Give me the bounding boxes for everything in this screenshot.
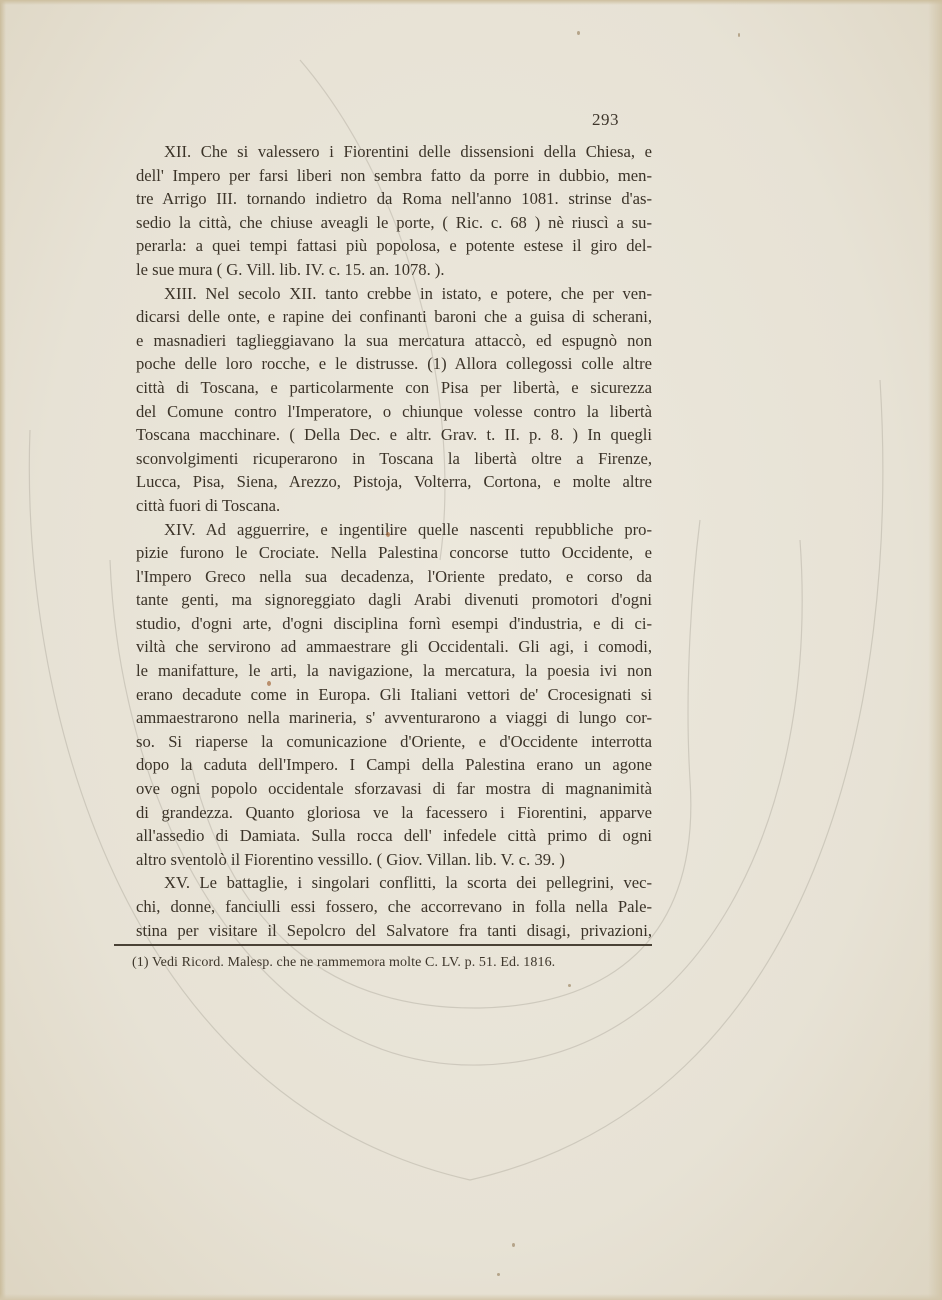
text-line: erano decadute come in Europa. Gli Itali… xyxy=(108,683,652,707)
text-line: l'Impero Greco nella sua decadenza, l'Or… xyxy=(108,565,652,589)
paragraph-xii: XII. Che si valessero i Fiorentini delle… xyxy=(108,140,652,282)
paper-speck xyxy=(512,1243,515,1247)
text-line: dell' Impero per farsi liberi non sembra… xyxy=(108,164,652,188)
text-line: pizie furono le Crociate. Nella Palestin… xyxy=(108,541,652,565)
text-line: città di Toscana, e particolarmente con … xyxy=(108,376,652,400)
text-line: tante genti, ma signoreggiato dagli Arab… xyxy=(108,588,652,612)
text-line: le sue mura ( G. Vill. lib. IV. c. 15. a… xyxy=(108,258,652,282)
text-line: so. Si riaperse la comunicazione d'Orien… xyxy=(108,730,652,754)
paper-stain xyxy=(267,681,271,686)
text-line: le manifatture, le arti, la navigazione,… xyxy=(108,659,652,683)
text-line: e masnadieri taglieggiavano la sua merca… xyxy=(108,329,652,353)
text-line: studio, d'ogni arte, d'ogni disciplina f… xyxy=(108,612,652,636)
text-line: XV. Le battaglie, i singolari conflitti,… xyxy=(108,871,652,895)
body-text: XII. Che si valessero i Fiorentini delle… xyxy=(108,140,652,942)
text-line: del Comune contro l'Imperatore, o chiunq… xyxy=(108,400,652,424)
page-edge-bottom xyxy=(0,1294,942,1300)
text-line: perarla: a quei tempi fattasi più popolo… xyxy=(108,234,652,258)
text-line: chi, donne, fanciulli essi fossero, che … xyxy=(108,895,652,919)
text-line: Toscana macchinare. ( Della Dec. e altr.… xyxy=(108,423,652,447)
text-line: ammaestrarono nella marineria, s' avvent… xyxy=(108,706,652,730)
paper-speck xyxy=(497,1273,500,1276)
paragraph-xiv: XIV. Ad agguerrire, e ingentilire quelle… xyxy=(108,518,652,872)
paper-stain xyxy=(386,532,390,537)
page-number: 293 xyxy=(592,110,619,130)
text-line: XII. Che si valessero i Fiorentini delle… xyxy=(108,140,652,164)
book-page: 293 XII. Che si valessero i Fiorentini d… xyxy=(0,0,942,1300)
paragraph-xiii: XIII. Nel secolo XII. tanto crebbe in is… xyxy=(108,282,652,518)
text-line: viltà che servirono ad ammaestrare gli O… xyxy=(108,635,652,659)
text-line: altro sventolò il Fiorentino vessillo. (… xyxy=(108,848,652,872)
paper-speck xyxy=(738,33,740,37)
text-line: sconvolgimenti ricuperarono in Toscana l… xyxy=(108,447,652,471)
text-line: XIV. Ad agguerrire, e ingentilire quelle… xyxy=(108,518,652,542)
text-line: tre Arrigo III. tornando indietro da Rom… xyxy=(108,187,652,211)
text-line: di grandezza. Quanto gloriosa ve la face… xyxy=(108,801,652,825)
text-line: ove ogni popolo occidentale sforzavasi d… xyxy=(108,777,652,801)
footnote: (1) Vedi Ricord. Malesp. che ne rammemor… xyxy=(132,955,555,971)
text-line: sedio la città, che chiuse aveagli le po… xyxy=(108,211,652,235)
paragraph-xv: XV. Le battaglie, i singolari conflitti,… xyxy=(108,871,652,942)
text-line: dicarsi delle onte, e rapine dei confina… xyxy=(108,305,652,329)
footnote-divider xyxy=(114,944,652,946)
text-line: all'assedio di Damiata. Sulla rocca dell… xyxy=(108,824,652,848)
page-edge-right xyxy=(928,0,942,1300)
text-line: città fuori di Toscana. xyxy=(108,494,652,518)
text-line: dopo la caduta dell'Impero. I Campi dell… xyxy=(108,753,652,777)
text-line: XIII. Nel secolo XII. tanto crebbe in is… xyxy=(108,282,652,306)
text-line: stina per visitare il Sepolcro del Salva… xyxy=(108,919,652,943)
paper-speck xyxy=(577,31,580,35)
paper-speck xyxy=(568,984,571,987)
page-edge-top xyxy=(0,0,942,5)
page-edge-left xyxy=(0,0,6,1300)
text-line: poche delle loro rocche, e le distrusse.… xyxy=(108,352,652,376)
text-line: Lucca, Pisa, Siena, Arezzo, Pistoja, Vol… xyxy=(108,470,652,494)
